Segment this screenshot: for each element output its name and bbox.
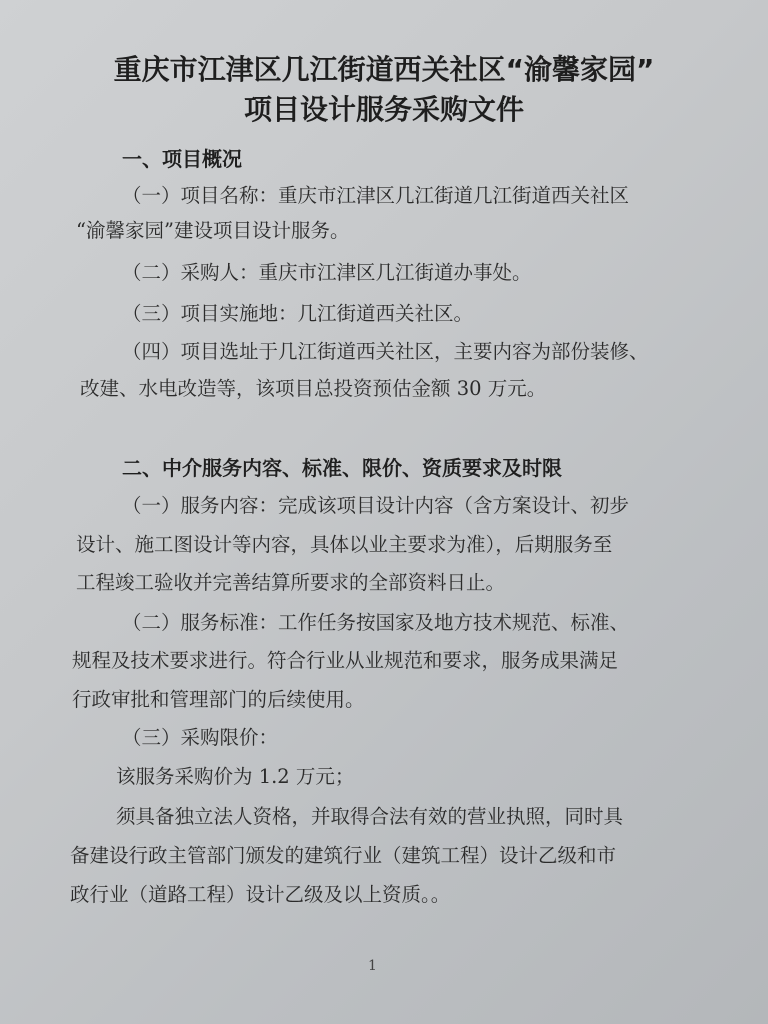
paragraph-line: 工程竣工验收并完善结算所要求的全部资料日止。 [76, 567, 505, 595]
paragraph-line: （四）项目选址于几江街道西关社区，主要内容为部份装修、 [122, 336, 649, 364]
paragraph-line: 须具备独立法人资格，并取得合法有效的营业执照，同时具 [116, 801, 623, 829]
paragraph-line: 该服务采购价为 1.2 万元； [116, 761, 354, 789]
paragraph-line: （一）项目名称：重庆市江津区几江街道几江街道西关社区 [122, 180, 629, 208]
paragraph-line: 备建设行政主管部门颁发的建筑行业（建筑工程）设计乙级和市 [70, 840, 616, 868]
paragraph-line: （一）服务内容：完成该项目设计内容（含方案设计、初步 [122, 490, 629, 518]
document-page: 重庆市江津区几江街道西关社区“渝馨家园” 项目设计服务采购文件 一、项目概况 （… [0, 0, 768, 1024]
paragraph-line: 政行业（道路工程）设计乙级及以上资质。。 [70, 879, 450, 907]
page-number: 1 [368, 958, 377, 974]
paragraph-line: （二）采购人：重庆市江津区几江街道办事处。 [122, 257, 532, 285]
paragraph-line: 行政审批和管理部门的后续使用。 [72, 684, 365, 712]
paragraph-line: （二）服务标准：工作任务按国家及地方技术规范、标准、 [122, 607, 629, 635]
section-heading-overview: 一、项目概况 [122, 143, 242, 172]
paragraph-line: （三）项目实施地：几江街道西关社区。 [122, 298, 473, 326]
paragraph-line: 规程及技术要求进行。符合行业从业规范和要求，服务成果满足 [72, 645, 618, 673]
section-heading-service: 二、中介服务内容、标准、限价、资质要求及时限 [122, 452, 562, 481]
paragraph-line: 设计、施工图设计等内容，具体以业主要求为准），后期服务至 [76, 529, 612, 557]
document-title-line2: 项目设计服务采购文件 [0, 88, 768, 128]
paragraph-line: “渝馨家园”建设项目设计服务。 [76, 215, 349, 243]
document-title-line1: 重庆市江津区几江街道西关社区“渝馨家园” [0, 48, 768, 88]
paragraph-line: 改建、水电改造等，该项目总投资预估金额 30 万元。 [80, 373, 546, 401]
paragraph-line: （三）采购限价： [122, 722, 278, 750]
